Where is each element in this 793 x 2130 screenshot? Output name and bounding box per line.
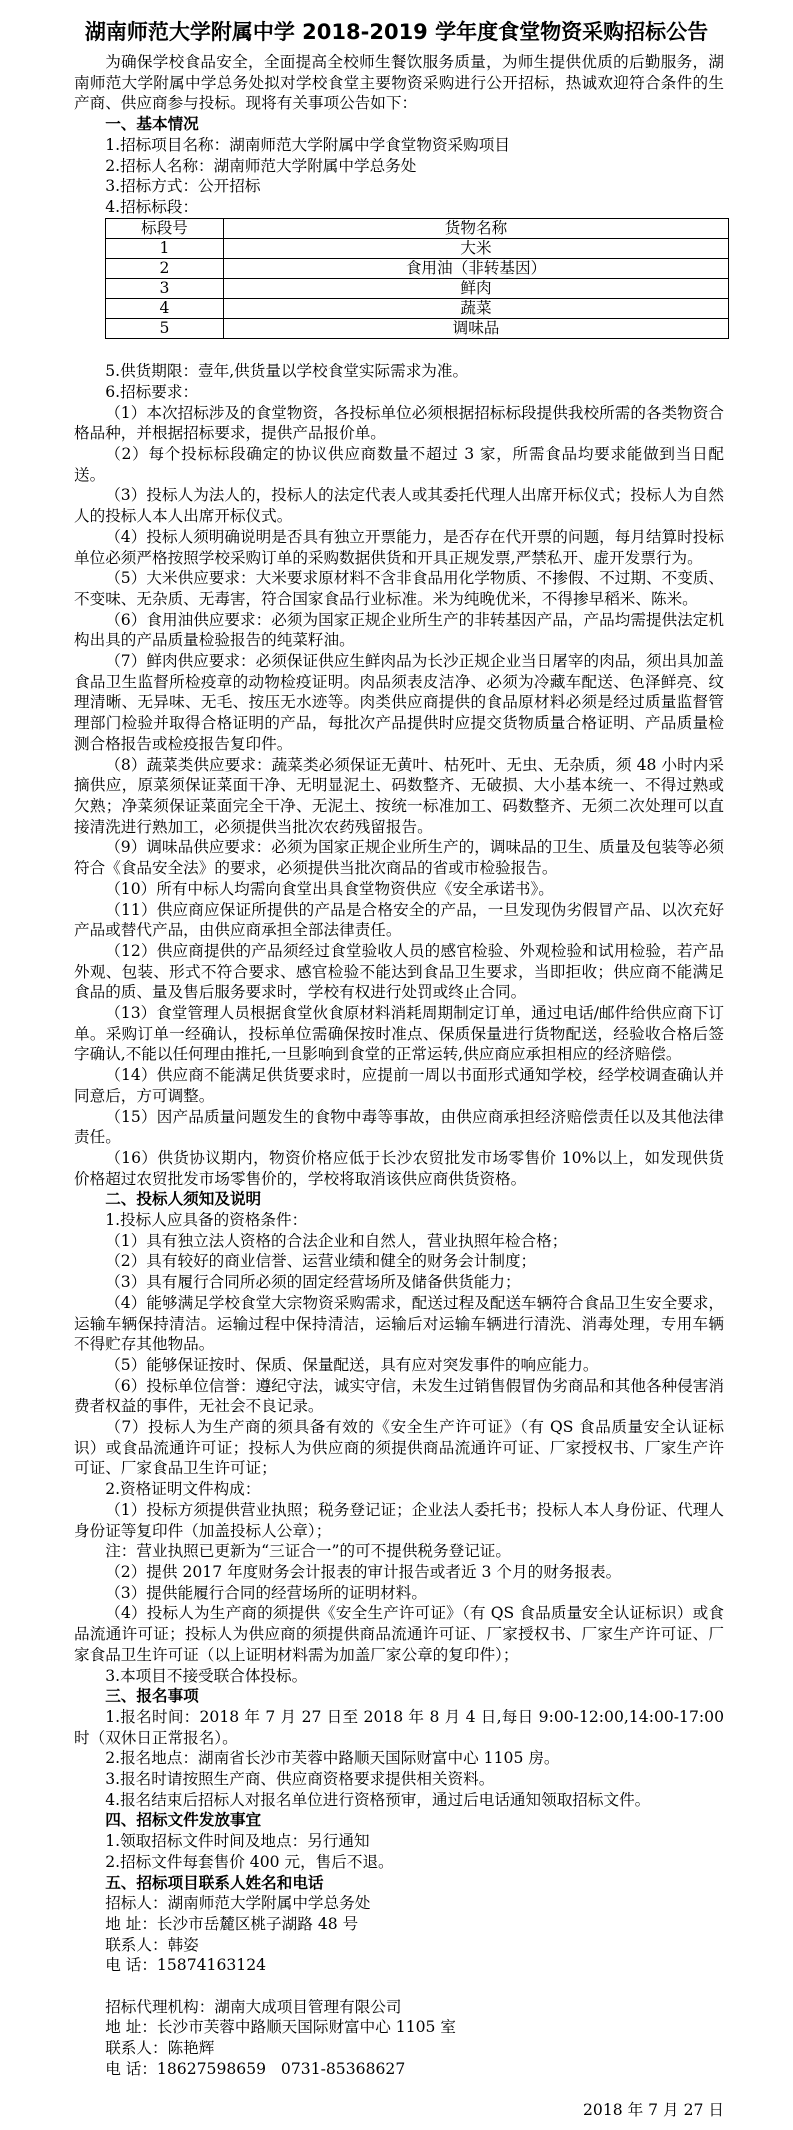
agency-address-line: 地 址：长沙市芙蓉中路顺天国际财富中心 1105 室: [74, 2017, 724, 2038]
requirement-item: （1）本次招标涉及的食堂物资，各投标单位必须根据招标标段提供我校所需的各类物资合…: [74, 403, 724, 444]
issuance-item: 2.招标文件每套售价 400 元，售后不退。: [74, 1852, 724, 1873]
qualification-item: （2）具有较好的商业信誉、运营业绩和健全的财务会计制度；: [74, 1251, 724, 1272]
table-row: 3 鲜肉: [106, 278, 729, 298]
document-item: （3）提供能履行合同的经营场所的证明材料。: [74, 1583, 724, 1604]
agency-contact-block: 招标代理机构：湖南大成项目管理有限公司 地 址：长沙市芙蓉中路顺天国际财富中心 …: [74, 1997, 724, 2080]
goods-name-cell: 鲜肉: [224, 278, 729, 298]
requirement-item: （4）投标人须明确说明是否具有独立开票能力，是否存在代开票的问题，每月结算时投标…: [74, 527, 724, 568]
document-note: 注：营业执照已更新为“三证合一”的可不提供税务登记证。: [74, 1541, 724, 1562]
tenderer-phone: 电 话：15874163124: [74, 1955, 724, 1976]
requirement-item: （10）所有中标人均需向食堂出具食堂物资供应《安全承诺书》。: [74, 879, 724, 900]
goods-name-cell: 大米: [224, 238, 729, 258]
tenderer-contact-person: 联系人：韩姿: [74, 1935, 724, 1956]
qualification-item: （6）投标单位信誉：遵纪守法，诚实守信，未发生过销售假冒伪劣商品和其他各种侵害消…: [74, 1376, 724, 1417]
table-header-cell: 货物名称: [224, 218, 729, 238]
consortium-note: 3.本项目不接受联合体投标。: [74, 1666, 724, 1687]
requirement-item: （9）调味品供应要求：必须为国家正规企业所生产的，调味品的卫生、质量及包装等必须…: [74, 837, 724, 878]
section-heading-contacts: 五、招标项目联系人姓名和电话: [74, 1873, 724, 1894]
section-heading-basic-info: 一、基本情况: [74, 114, 724, 135]
tenderer-name-line: 招标人：湖南师范大学附属中学总务处: [74, 1893, 724, 1914]
lot-number-cell: 5: [106, 318, 224, 338]
requirement-item: （12）供应商提供的产品须经过食堂验收人员的感官检验、外观检验和试用检验，若产品…: [74, 941, 724, 1003]
tenderer-contact-block: 招标人：湖南师范大学附属中学总务处 地 址：长沙市岳麓区桃子湖路 48 号 联系…: [74, 1893, 724, 1976]
table-row: 1 大米: [106, 238, 729, 258]
page-title: 湖南师范大学附属中学 2018-2019 学年度食堂物资采购招标公告: [0, 12, 793, 52]
tender-announcement-document: 湖南师范大学附属中学 2018-2019 学年度食堂物资采购招标公告 为确保学校…: [74, 0, 724, 2121]
requirement-item: （15）因产品质量问题发生的食物中毒等事故，由供应商承担经济赔偿责任以及其他法律…: [74, 1107, 724, 1148]
requirement-item: （2）每个投标标段确定的协议供应商数量不超过 3 家，所需食品均要求能做到当日配…: [74, 444, 724, 485]
qualifications-label: 1.投标人应具备的资格条件：: [74, 1210, 724, 1231]
lot-number-cell: 4: [106, 298, 224, 318]
blank-line: [74, 1976, 724, 1997]
requirement-item: （14）供应商不能满足供货要求时，应提前一周以书面形式通知学校，经学校调查确认并…: [74, 1065, 724, 1106]
section-heading-bidder-notes: 二、投标人须知及说明: [74, 1189, 724, 1210]
blank-line: [74, 2080, 724, 2101]
lot-number-cell: 1: [106, 238, 224, 258]
requirement-item: （6）食用油供应要求：必须为国家正规企业所生产的非转基因产品，产品均需提供法定机…: [74, 610, 724, 651]
qualification-item: （1）具有独立法人资格的合法企业和自然人，营业执照年检合格；: [74, 1231, 724, 1252]
registration-item: 4.报名结束后招标人对报名单位进行资格预审，通过后电话通知领取招标文件。: [74, 1790, 724, 1811]
table-row: 2 食用油（非转基因）: [106, 258, 729, 278]
table-row: 5 调味品: [106, 318, 729, 338]
registration-item: 1.报名时间：2018 年 7 月 27 日至 2018 年 8 月 4 日,每…: [74, 1707, 724, 1748]
table-header-row: 标段号 货物名称: [106, 218, 729, 238]
supply-period: 5.供货期限：壹年,供货量以学校食堂实际需求为准。: [74, 361, 724, 382]
issuance-item: 1.领取招标文件时间及地点：另行通知: [74, 1831, 724, 1852]
document-item: （1）投标方须提供营业执照；税务登记证；企业法人委托书；投标人本人身份证、代理人…: [74, 1500, 724, 1541]
tenderer-name: 2.招标人名称：湖南师范大学附属中学总务处: [74, 156, 724, 177]
qualification-item: （5）能够保证按时、保质、保量配送，具有应对突发事件的响应能力。: [74, 1355, 724, 1376]
agency-contact-person: 联系人：陈艳辉: [74, 2038, 724, 2059]
requirements-label: 6.招标要求：: [74, 382, 724, 403]
section-heading-document-issuance: 四、招标文件发放事宜: [74, 1810, 724, 1831]
agency-name-line: 招标代理机构：湖南大成项目管理有限公司: [74, 1997, 724, 2018]
documents-label: 2.资格证明文件构成：: [74, 1479, 724, 1500]
document-item: （2）提供 2017 年度财务会计报表的审计报告或者近 3 个月的财务报表。: [74, 1562, 724, 1583]
requirement-item: （13）食堂管理人员根据食堂伙食原材料消耗周期制定订单，通过电话/邮件给供应商下…: [74, 1003, 724, 1065]
requirement-item: （8）蔬菜类供应要求：蔬菜类必须保证无黄叶、枯死叶、无虫、无杂质，须 48 小时…: [74, 755, 724, 838]
requirement-item: （5）大米供应要求：大米要求原材料不含非食品用化学物质、不掺假、不过期、不变质、…: [74, 568, 724, 609]
tenderer-address-line: 地 址：长沙市岳麓区桃子湖路 48 号: [74, 1914, 724, 1935]
requirement-item: （7）鲜肉供应要求：必须保证供应生鲜肉品为长沙正规企业当日屠宰的肉品，须出具加盖…: [74, 651, 724, 755]
intro-paragraph: 为确保学校食品安全，全面提高全校师生餐饮服务质量，为师生提供优质的后勤服务，湖南…: [74, 52, 724, 114]
qualification-item: （4）能够满足学校食堂大宗物资采购需求，配送过程及配送车辆符合食品卫生安全要求，…: [74, 1293, 724, 1355]
goods-name-cell: 调味品: [224, 318, 729, 338]
project-name: 1.招标项目名称：湖南师范大学附属中学食堂物资采购项目: [74, 135, 724, 156]
requirement-item: （16）供货协议期内，物资价格应低于长沙农贸批发市场零售价 10%以上，如发现供…: [74, 1148, 724, 1189]
section-heading-registration: 三、报名事项: [74, 1686, 724, 1707]
announcement-date: 2018 年 7 月 27 日: [74, 2100, 724, 2121]
table-row: 4 蔬菜: [106, 298, 729, 318]
requirement-item: （3）投标人为法人的，投标人的法定代表人或其委托代理人出席开标仪式；投标人为自然…: [74, 485, 724, 526]
registration-item: 2.报名地点：湖南省长沙市芙蓉中路顺天国际财富中心 1105 房。: [74, 1748, 724, 1769]
requirement-item: （11）供应商应保证所提供的产品是合格安全的产品，一旦发现伪劣假冒产品、以次充好…: [74, 900, 724, 941]
lots-label: 4.招标标段：: [74, 197, 724, 218]
qualification-item: （7）投标人为生产商的须具备有效的《安全生产许可证》（有 QS 食品质量安全认证…: [74, 1417, 724, 1479]
lots-table: 标段号 货物名称 1 大米 2 食用油（非转基因） 3 鲜肉 4 蔬菜 5 调味…: [105, 218, 729, 339]
lot-number-cell: 3: [106, 278, 224, 298]
table-header-cell: 标段号: [106, 218, 224, 238]
registration-item: 3.报名时请按照生产商、供应商资格要求提供相关资料。: [74, 1769, 724, 1790]
document-item: （4）投标人为生产商的须提供《安全生产许可证》（有 QS 食品质量安全认证标识）…: [74, 1603, 724, 1665]
tender-method: 3.招标方式：公开招标: [74, 176, 724, 197]
qualification-item: （3）具有履行合同所必须的固定经营场所及储备供货能力；: [74, 1272, 724, 1293]
lot-number-cell: 2: [106, 258, 224, 278]
goods-name-cell: 食用油（非转基因）: [224, 258, 729, 278]
agency-phone: 电 话：18627598659 0731-85368627: [74, 2059, 724, 2080]
goods-name-cell: 蔬菜: [224, 298, 729, 318]
